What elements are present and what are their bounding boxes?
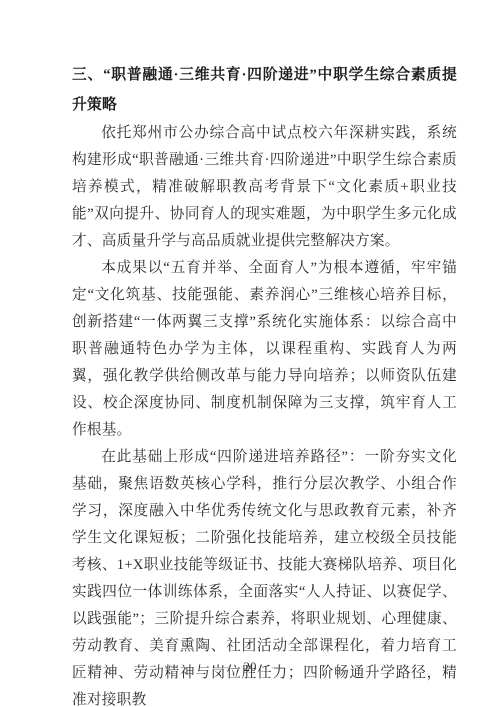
page-number: 20 (244, 660, 257, 674)
document-body: 依托郑州市公办综合高中试点校六年深耕实践，系统构建形成“职普融通·三维共育·四阶… (72, 120, 457, 707)
page-footer: — 20 — (0, 660, 500, 674)
document-page: 三、“职普融通·三维共育·四阶递进”中职学生综合素质提升策略 依托郑州市公办综合… (0, 0, 500, 707)
footer-dash-right: — (272, 659, 285, 674)
body-paragraph-2: 本成果以“五育并举、全面育人”为根本遵循，牢牢锚定“文化筑基、技能强能、素养润心… (72, 255, 457, 444)
body-paragraph-1: 依托郑州市公办综合高中试点校六年深耕实践，系统构建形成“职普融通·三维共育·四阶… (72, 120, 457, 255)
section-heading: 三、“职普融通·三维共育·四阶递进”中职学生综合素质提升策略 (72, 60, 457, 120)
footer-dash-left: — (215, 659, 228, 674)
